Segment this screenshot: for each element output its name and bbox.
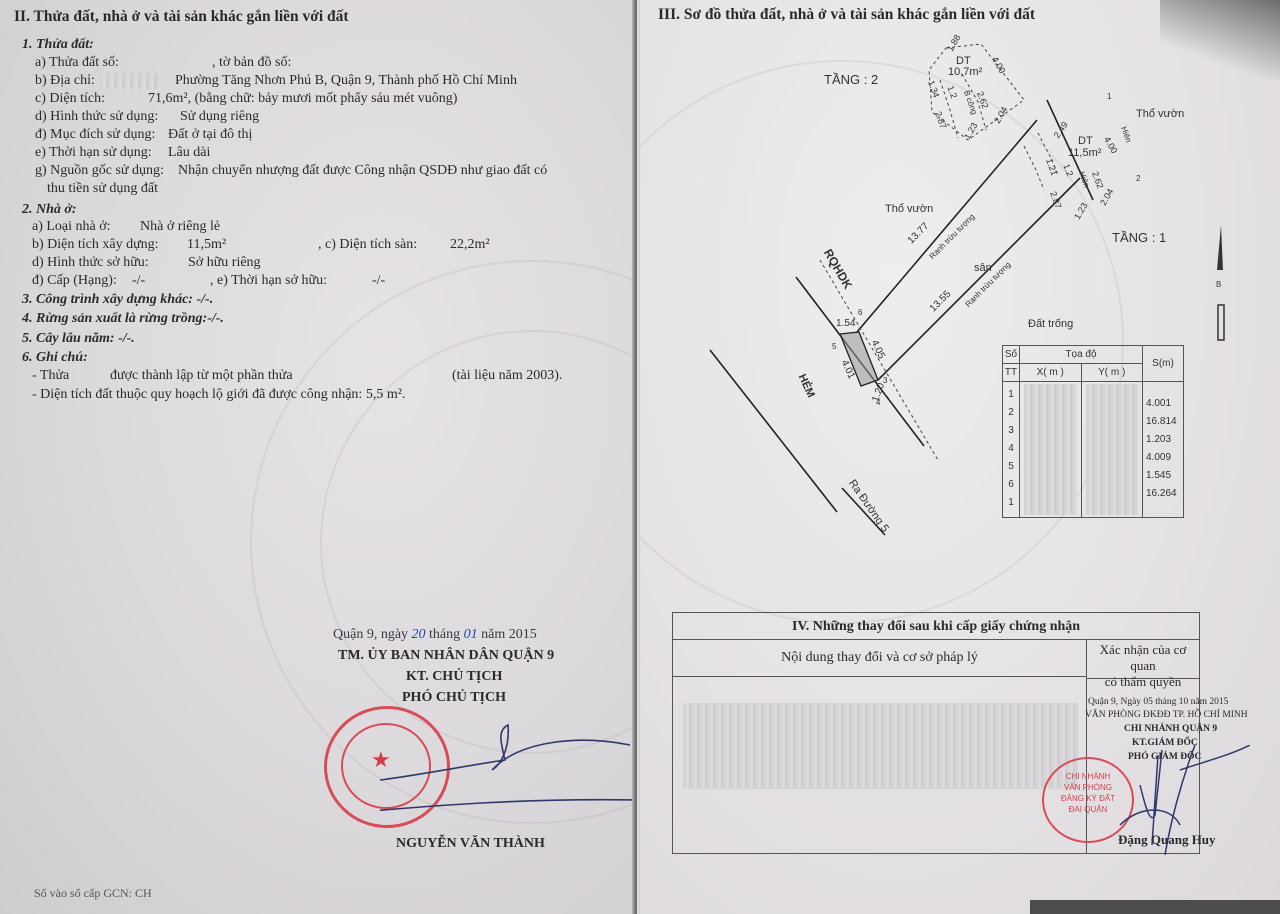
- note1-suffix: (tài liệu năm 2003).: [452, 368, 562, 384]
- garden-label-top: Thổ vườn: [1136, 108, 1184, 120]
- grade-label: đ) Cấp (Hạng):: [32, 273, 117, 289]
- floor1-area-label: DT: [1078, 135, 1093, 147]
- row-numbers: 1 2 3 4 5 6 1: [1003, 382, 1020, 518]
- notes-heading: 6. Ghi chú:: [22, 350, 88, 366]
- register-number: Số vào sổ cấp GCN: CH: [34, 886, 152, 901]
- changes-confirm-header: Xác nhận của cơ quan có thẩm quyền: [1087, 640, 1199, 679]
- origin-label: g) Nguồn gốc sử dụng:: [35, 163, 164, 179]
- parcel-diagram: [640, 0, 1280, 600]
- note2: - Diện tích đất thuộc quy hoạch lộ giới …: [32, 387, 405, 403]
- floor2-area-value: 10,7m²: [948, 66, 982, 78]
- point-5: 5: [832, 342, 836, 351]
- area-value: 71,6m², (bằng chữ: bảy mươi mốt phẩy sáu…: [148, 91, 457, 107]
- issue-date: Quận 9, ngày 20 tháng 01 năm 2015: [333, 627, 537, 643]
- other-construction: 3. Công trình xây dựng khác: -/-.: [22, 292, 213, 308]
- plantation-forest: 4. Rừng sản xuất là rừng trồng:-/-.: [22, 311, 224, 327]
- point-6: 6: [858, 308, 862, 317]
- point-2: 2: [1136, 174, 1140, 183]
- s-value: 1.545: [1146, 467, 1183, 485]
- s-values: 4.001 16.814 1.203 4.009 1.545 16.264: [1143, 382, 1184, 518]
- land-heading: 1. Thửa đất:: [22, 37, 94, 53]
- col-s: S(m): [1143, 346, 1184, 382]
- use-form-value: Sử dụng riêng: [180, 109, 259, 125]
- seg-1-54: 1.54: [836, 318, 855, 329]
- floor1-label: TẦNG : 1: [1112, 230, 1166, 245]
- chairman-signature: [380, 720, 636, 830]
- s-value: 4.001: [1146, 395, 1183, 413]
- note1-prefix: - Thửa: [32, 368, 69, 384]
- confirm-branch: CHI NHÁNH QUẬN 9: [1124, 724, 1217, 734]
- signer-name: NGUYỄN VĂN THÀNH: [396, 836, 545, 852]
- floor1-area-value: 11,5m²: [1068, 147, 1101, 159]
- point-3: 3: [883, 376, 887, 385]
- signer-role-1: KT. CHỦ TỊCH: [406, 669, 502, 685]
- signer-role-2: PHÓ CHỦ TỊCH: [402, 690, 506, 706]
- purpose-value: Đất ở tại đô thị: [168, 127, 252, 143]
- changes-content-header: Nội dung thay đổi và cơ sở pháp lý: [673, 640, 1087, 677]
- col-coord: Tọa độ: [1020, 346, 1143, 364]
- term-label: e) Thời hạn sử dụng:: [35, 145, 152, 161]
- row-no: 5: [1003, 458, 1019, 476]
- row-no: 6: [1003, 476, 1019, 494]
- date-day: 20: [412, 627, 426, 642]
- floor-area-label: , c) Diện tích sàn:: [318, 237, 417, 253]
- branch-stamp-text: CHI NHÁNH VĂN PHÒNG ĐĂNG KÝ ĐẤT ĐAI QUẬN: [1058, 771, 1118, 815]
- x-values-redacted: [1020, 382, 1082, 518]
- confirm-signer: Đặng Quang Huy: [1118, 832, 1216, 848]
- origin-value: Nhận chuyển nhượng đất được Công nhận QS…: [178, 163, 547, 179]
- col-y: Y( m ): [1081, 364, 1143, 382]
- s-value: 4.009: [1146, 449, 1183, 467]
- origin-value-cont: thu tiền sử dụng đất: [47, 181, 158, 197]
- yard-label: sân: [974, 262, 992, 274]
- row-no: 1: [1003, 494, 1019, 512]
- confirm-date: Quận 9, Ngày 05 tháng 10 năm 2015: [1088, 697, 1228, 707]
- s-value: 16.264: [1146, 485, 1183, 503]
- s-value: 1.203: [1146, 431, 1183, 449]
- date-prefix: Quận 9, ngày: [333, 627, 408, 642]
- grade-value: -/-: [132, 273, 145, 289]
- floor-area-value: 22,2m²: [450, 237, 490, 253]
- own-term-value: -/-: [372, 273, 385, 289]
- confirm-office: VĂN PHÒNG ĐKĐĐ TP. HỒ CHÍ MINH: [1085, 710, 1248, 720]
- row-no: 3: [1003, 422, 1019, 440]
- floor2-label: TẦNG : 2: [824, 72, 878, 87]
- date-month-label: tháng: [429, 627, 460, 642]
- y-values-redacted: [1081, 382, 1143, 518]
- ownership-value: Sở hữu riêng: [188, 255, 261, 271]
- empty-land-label: Đất trống: [1028, 318, 1073, 330]
- col-no-bottom: TT: [1003, 364, 1020, 382]
- map-sheet-label: , tờ bản đồ số:: [212, 55, 291, 71]
- address-value: Phường Tăng Nhơn Phú B, Quận 9, Thành ph…: [175, 73, 517, 89]
- row-no: 4: [1003, 440, 1019, 458]
- row-no: 1: [1003, 386, 1019, 404]
- north-arrow-icon: B: [1212, 225, 1228, 345]
- section-title-land: II. Thửa đất, nhà ở và tài sản khác gắn …: [14, 8, 349, 26]
- confirm-header-line1: Xác nhận của cơ quan: [1087, 642, 1199, 674]
- garden-label-middle: Thổ vườn: [885, 203, 933, 215]
- s-value: 16.814: [1146, 413, 1183, 431]
- coordinate-table: Số Tọa độ S(m) TT X( m ) Y( m ) 1 2 3 4 …: [1002, 345, 1184, 518]
- area-label: c) Diện tích:: [35, 91, 105, 107]
- build-area-value: 11,5m²: [187, 237, 226, 253]
- row-no: 2: [1003, 404, 1019, 422]
- col-no-top: Số: [1003, 346, 1020, 364]
- address-label: b) Địa chỉ:: [35, 73, 95, 89]
- redacted-change-content: [683, 703, 1078, 789]
- build-area-label: b) Diện tích xây dựng:: [32, 237, 159, 253]
- redacted-address: [100, 73, 160, 89]
- certificate-right-page: III. Sơ đồ thửa đất, nhà ở và tài sản kh…: [640, 0, 1280, 914]
- point-1: 1: [1107, 92, 1111, 101]
- perennial-trees: 5. Cây lâu năm: -/-.: [22, 331, 135, 347]
- own-term-label: , e) Thời hạn sở hữu:: [210, 273, 327, 289]
- house-heading: 2. Nhà ở:: [22, 202, 77, 218]
- purpose-label: đ) Mục đích sử dụng:: [35, 127, 155, 143]
- parcel-label: a) Thửa đất số:: [35, 55, 119, 71]
- changes-title: IV. Những thay đổi sau khi cấp giấy chứn…: [673, 613, 1199, 640]
- note1-middle: được thành lập từ một phần thửa: [110, 368, 293, 384]
- house-type-label: a) Loại nhà ở:: [32, 219, 111, 235]
- svg-text:B: B: [1216, 280, 1221, 289]
- col-x: X( m ): [1020, 364, 1082, 382]
- point-4: 4: [876, 398, 880, 407]
- issuing-org: TM. ỦY BAN NHÂN DÂN QUẬN 9: [338, 648, 554, 664]
- house-type-value: Nhà ở riêng lẻ: [140, 219, 220, 235]
- page-edge-shadow: [1030, 900, 1280, 914]
- date-month: 01: [464, 627, 478, 642]
- ownership-label: d) Hình thức sở hữu:: [32, 255, 149, 271]
- use-form-label: d) Hình thức sử dụng:: [35, 109, 158, 125]
- certificate-left-page: II. Thửa đất, nhà ở và tài sản khác gắn …: [0, 0, 636, 914]
- confirm-header-line2: có thẩm quyền: [1087, 674, 1199, 690]
- date-year: năm 2015: [481, 627, 537, 642]
- term-value: Lâu dài: [168, 145, 210, 161]
